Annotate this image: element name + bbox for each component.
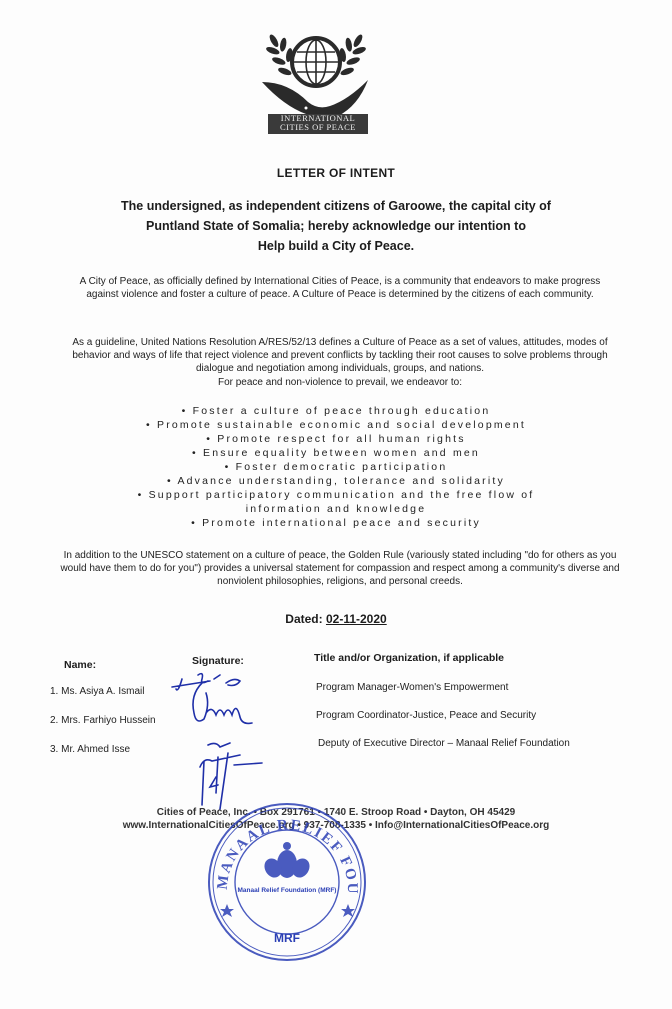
paragraph-definition: A City of Peace, as officially defined b…: [70, 275, 610, 301]
logo-wordmark: INTERNATIONAL CITIES OF PEACE: [268, 114, 368, 134]
foundation-stamp-icon: MANAAL RELIEF FOUNDATION Manaal Relief F…: [205, 800, 370, 965]
dated-value: 02-11-2020: [326, 612, 387, 626]
letter-page: INTERNATIONAL CITIES OF PEACE LETTER OF …: [0, 0, 672, 1009]
paragraph-endeavor: For peace and non-violence to prevail, w…: [70, 376, 610, 389]
intro-line-1: The undersigned, as independent citizens…: [0, 199, 672, 213]
page-title: LETTER OF INTENT: [0, 166, 672, 180]
bullet-item: • Foster a culture of peace through educ…: [0, 404, 672, 418]
dated-line: Dated: 02-11-2020: [0, 612, 672, 626]
svg-text:MRF: MRF: [274, 931, 300, 945]
bullet-item: • Support participatory communication an…: [0, 488, 672, 502]
signatory-title: Program Coordinator-Justice, Peace and S…: [316, 710, 536, 721]
handwritten-signatures-icon: [170, 665, 280, 815]
signatory-name: 3. Mr. Ahmed Isse: [50, 744, 130, 755]
svg-text:Manaal Relief Foundation (MRF): Manaal Relief Foundation (MRF): [238, 887, 337, 894]
signatory-title: Deputy of Executive Director – Manaal Re…: [318, 738, 570, 749]
name-header: Name:: [64, 659, 96, 671]
title-header: Title and/or Organization, if applicable: [314, 652, 504, 664]
bullet-item: • Promote respect for all human rights: [0, 432, 672, 446]
signatory-name: 2. Mrs. Farhiyo Hussein: [50, 715, 156, 726]
intro-line-3: Help build a City of Peace.: [0, 239, 672, 253]
bullet-item: • Ensure equality between women and men: [0, 446, 672, 460]
bullet-item: • Promote international peace and securi…: [0, 516, 672, 530]
signatory-name: 1. Ms. Asiya A. Ismail: [50, 686, 144, 697]
paragraph-golden-rule: In addition to the UNESCO statement on a…: [60, 549, 620, 588]
svg-text:MANAAL RELIEF FOUNDATION: MANAAL RELIEF FOUNDATION: [205, 800, 360, 896]
bullet-item: • Foster democratic participation: [0, 460, 672, 474]
dated-label: Dated:: [285, 612, 322, 626]
intro-line-2: Puntland State of Somalia; hereby acknow…: [0, 219, 672, 233]
bullet-item-continued: information and knowledge: [0, 502, 672, 516]
logo-line2: CITIES OF PEACE: [268, 123, 368, 132]
bullet-item: • Advance understanding, tolerance and s…: [0, 474, 672, 488]
signatory-title: Program Manager-Women's Empowerment: [316, 682, 508, 693]
paragraph-un-resolution: As a guideline, United Nations Resolutio…: [70, 336, 610, 375]
bullet-item: • Promote sustainable economic and socia…: [0, 418, 672, 432]
